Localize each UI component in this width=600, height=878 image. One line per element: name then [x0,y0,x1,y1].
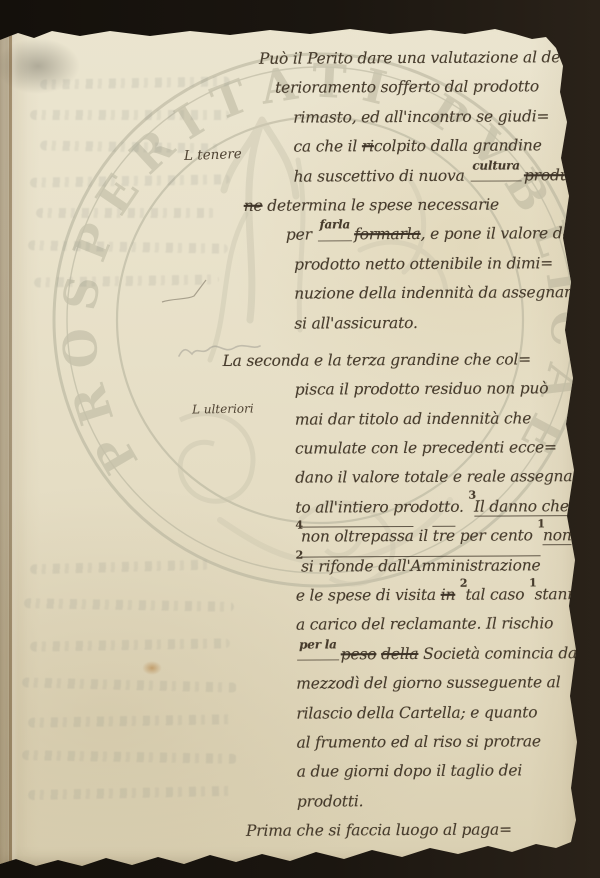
pen-tick [160,278,210,308]
showthrough-line [30,638,230,651]
manuscript-line: al frumento ed al riso si protrae [296,727,574,758]
manuscript-line: ha suscettivo di nuova culturaproduzio= [294,161,572,192]
manuscript-line: rilascio della Cartella; e quanto [296,698,574,729]
manuscript-line: pisca il prodotto residuo non può [295,374,573,405]
manuscript-line: 4non oltrepassa il tre per cento 1non [295,521,573,552]
manuscript-line: terioramento sofferto dal prodotto [275,73,571,104]
manuscript-line: prodotto netto ottenibile in dimi= [294,249,572,280]
showthrough-line [22,750,237,764]
manuscript-line: nuzione della indennità da assegnar= [294,278,572,309]
manuscript-line: mezzodì del giorno susseguente al [296,668,574,699]
manuscript-line: ne determina le spese necessarie [244,190,572,221]
showthrough-line [22,677,237,692]
manuscript-line: to all'intiero prodotto. 3Il danno che [295,492,573,523]
binding-crease [9,30,12,866]
showthrough-line [36,208,216,218]
manuscript-line: prodotti. [297,786,575,817]
paragraph-1: Può il Perito dare una valutazione al de… [241,43,573,339]
manuscript-line: cumulate con le precedenti ecce= [295,433,573,464]
showthrough-line [28,240,228,253]
showthrough-line [40,76,230,89]
showthrough-line [24,598,234,612]
paragraph-2: La seconda e la terza grandine che col=p… [242,345,574,817]
manuscript-line: ca che il ricolpito dalla grandine [293,131,571,162]
manuscript-line: a due giorni dopo il taglio dei [297,757,575,788]
manuscript-line: rimasto, ed all'incontro se giudi= [293,102,571,133]
paragraph-3: Prima che si faccia luogo al paga= [245,815,575,846]
manuscript-line: dano il valore totale e reale assegna= [295,463,573,494]
manuscript-page: PROSPERITATI PVBLICAE 6 L tenere L ulter… [0,0,600,878]
showthrough-line [28,786,233,800]
showthrough-line [28,714,233,728]
manuscript-line: si all'assicurato. [294,308,572,339]
manuscript-line: per lapeso della Società comincia dal [296,639,574,670]
page-number: 6 [523,19,531,32]
manuscript-line: e le spese di visita in 2tal caso 1stann… [296,580,574,611]
manuscript-line: Può il Perito dare una valutazione al de… [259,43,571,74]
showthrough-line [30,560,210,575]
manuscript-line: per farlaformarla, e pone il valore del [286,219,572,250]
manuscript-line: La seconda e la terza grandine che col= [222,345,572,376]
showthrough-line [30,174,230,187]
margin-note: L tenere [184,146,242,164]
manuscript-text: Può il Perito dare una valutazione al de… [241,43,575,846]
manuscript-line: Prima che si faccia luogo al paga= [246,815,575,846]
showthrough-line [30,110,230,120]
manuscript-scan: PROSPERITATI PVBLICAE 6 L tenere L ulter… [0,0,600,878]
manuscript-line: mai dar titolo ad indennità che [295,404,573,435]
